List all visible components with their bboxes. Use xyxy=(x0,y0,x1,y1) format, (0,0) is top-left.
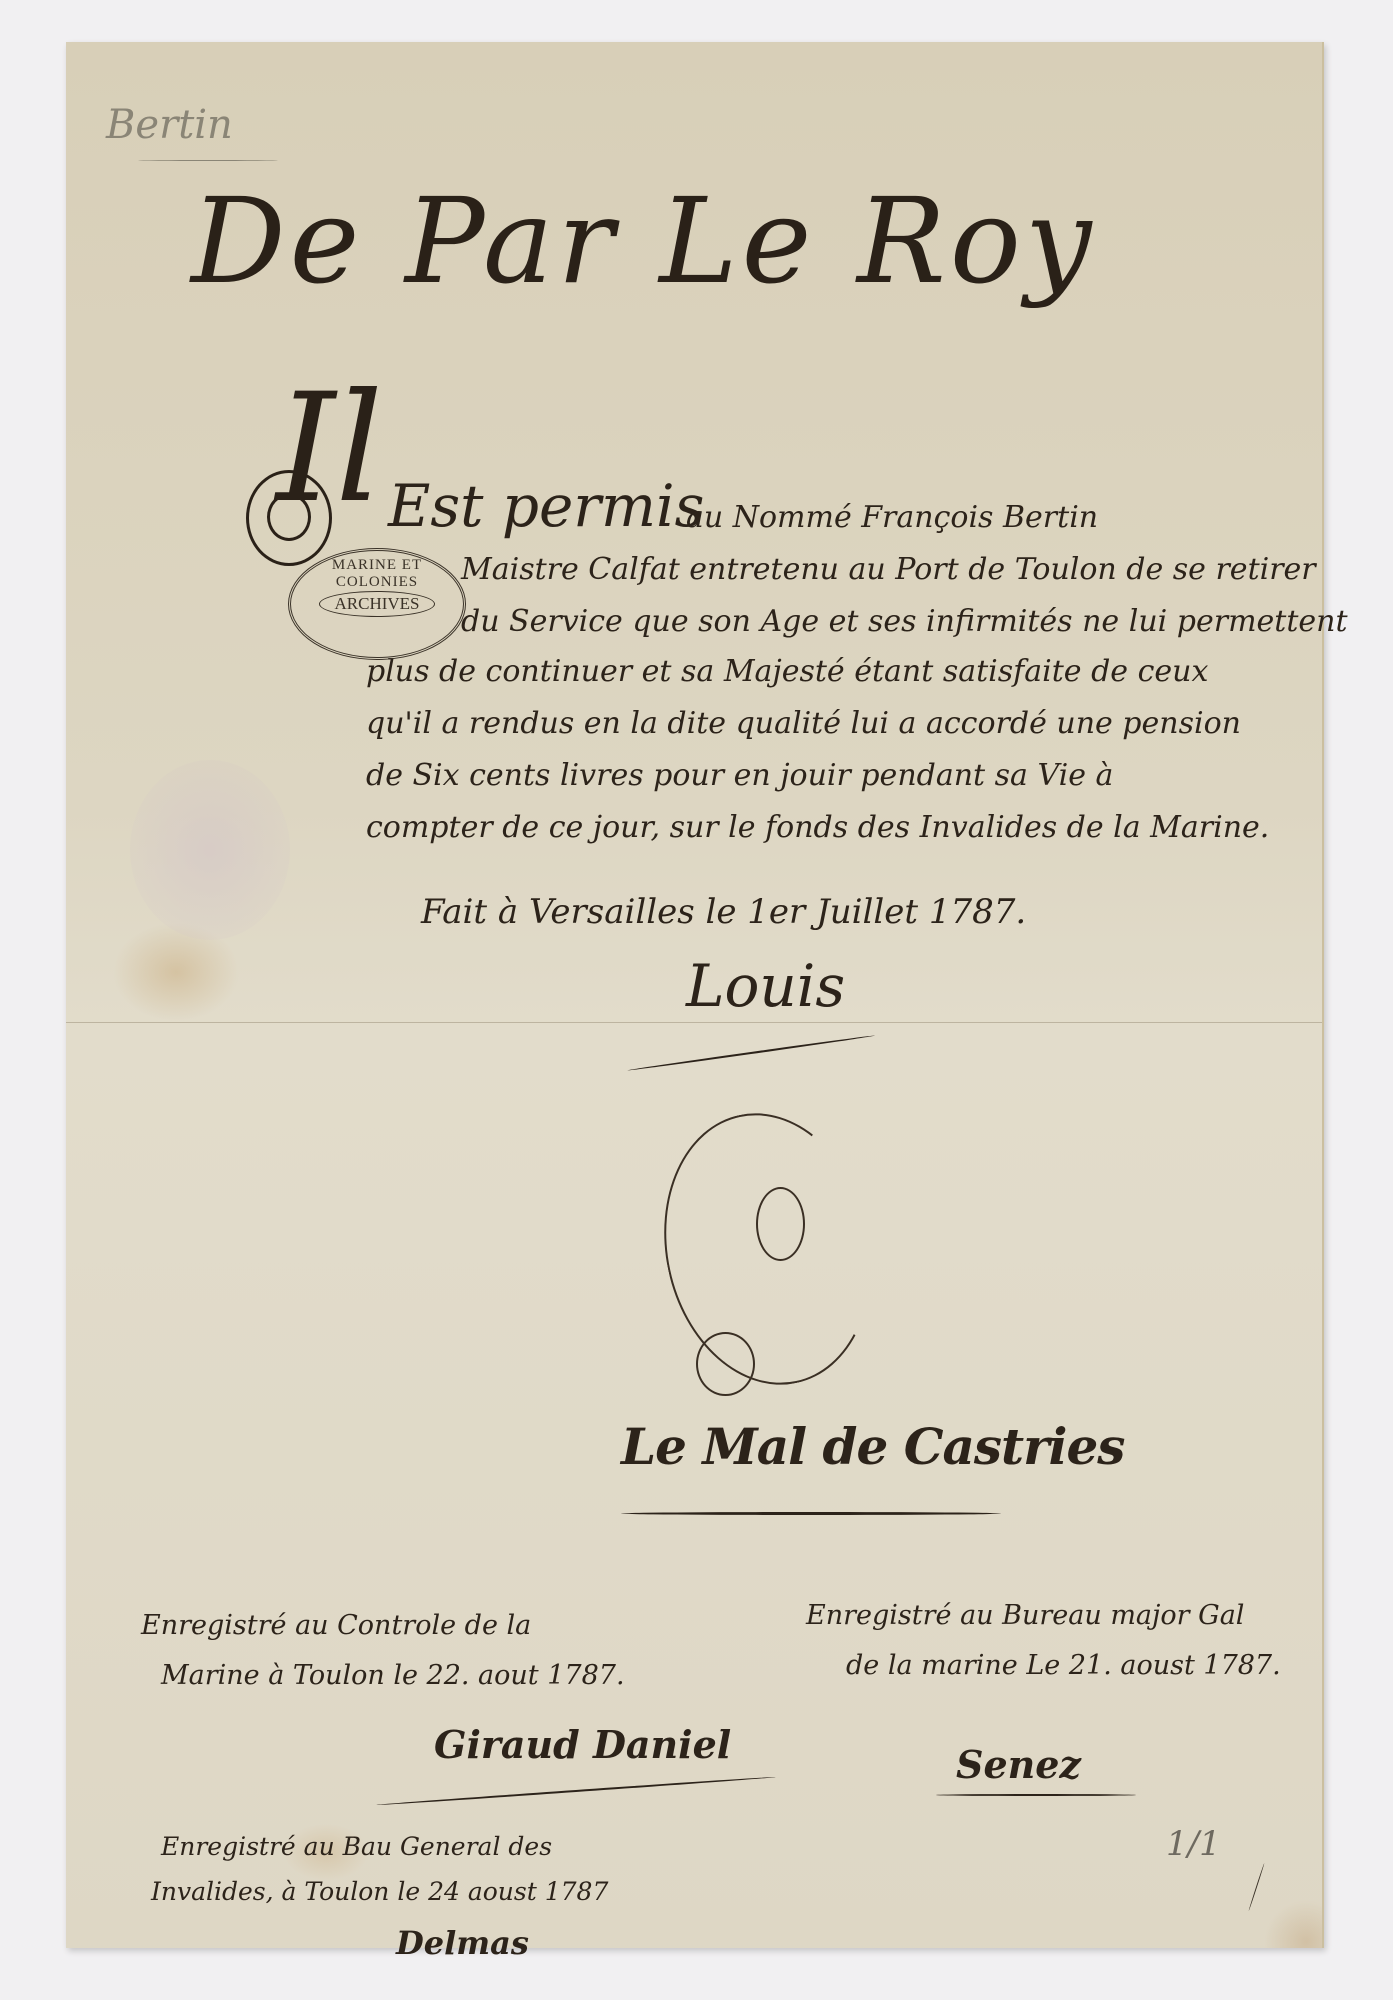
document-sheet: Bertin De Par Le Roy Il Est permis au No… xyxy=(66,42,1324,1948)
registration-2-signature-underline xyxy=(936,1794,1136,1796)
registration-2-line-2: de la marine Le 21. aoust 1787. xyxy=(846,1650,1281,1681)
registration-3-signature: Delmas xyxy=(396,1924,529,1962)
dateline: Fait à Versailles le 1er Juillet 1787. xyxy=(421,892,1026,932)
body-line-2: Maistre Calfat entretenu au Port de Toul… xyxy=(461,552,1316,587)
paraph-inner-loop xyxy=(756,1187,805,1261)
royal-signature: Louis xyxy=(686,952,845,1020)
registration-3-line-1: Enregistré au Bau General des xyxy=(161,1832,552,1861)
fold-line xyxy=(66,1022,1322,1023)
pencil-underline xyxy=(138,160,278,161)
paraph-lower-loop xyxy=(696,1332,755,1396)
margin-stroke xyxy=(1248,1863,1264,1911)
body-line-1: au Nommé François Bertin xyxy=(686,500,1098,535)
body-line-5: qu'il a rendus en la dite qualité lui a … xyxy=(366,706,1241,741)
stamp-ring-text: MARINE ET COLONIES xyxy=(291,557,463,591)
folio-mark: 1/1 xyxy=(1166,1824,1221,1864)
body-line-6: de Six cents livres pour en jouir pendan… xyxy=(366,758,1113,793)
pencil-annotation-name: Bertin xyxy=(106,102,233,148)
wax-seal-trace xyxy=(130,760,290,940)
registration-2-line-1: Enregistré au Bureau major Gal xyxy=(806,1600,1244,1631)
opening-words: Est permis xyxy=(388,472,704,540)
document-title: De Par Le Roy xyxy=(191,172,1096,310)
registration-1-signature: Giraud Daniel xyxy=(434,1722,731,1767)
body-line-7: compter de ce jour, sur le fonds des Inv… xyxy=(366,810,1269,845)
registration-2-signature: Senez xyxy=(956,1742,1081,1787)
archives-stamp: MARINE ET COLONIES ARCHIVES xyxy=(288,548,466,660)
drop-cap: Il xyxy=(276,362,383,536)
registration-1-line-1: Enregistré au Controle de la xyxy=(141,1610,531,1641)
registration-1-signature-flourish xyxy=(376,1776,775,1806)
royal-signature-flourish xyxy=(627,1035,875,1072)
registration-3-line-2: Invalides, à Toulon le 24 aoust 1787 xyxy=(151,1877,608,1906)
registration-1-line-2: Marine à Toulon le 22. aout 1787. xyxy=(161,1660,625,1691)
minister-signature-underline xyxy=(621,1512,1001,1515)
body-line-4: plus de continuer et sa Majesté étant sa… xyxy=(366,654,1208,689)
minister-signature: Le Mal de Castries xyxy=(621,1417,1124,1476)
stamp-center-text: ARCHIVES xyxy=(319,591,435,617)
body-line-3: du Service que son Age et ses infirmités… xyxy=(461,604,1348,639)
